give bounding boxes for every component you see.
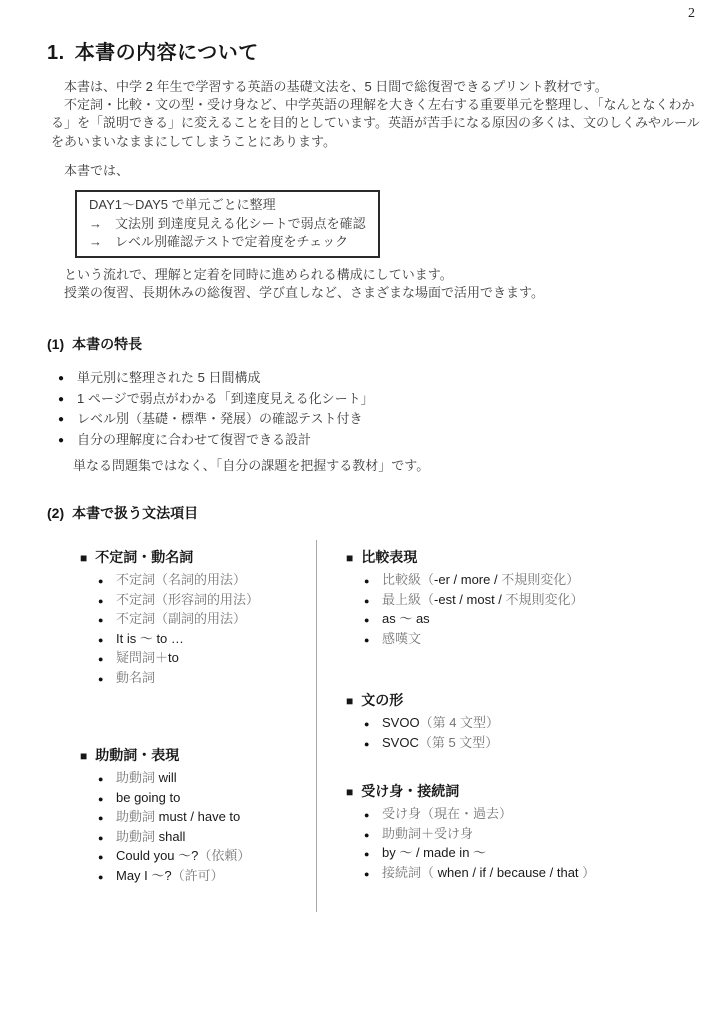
lead-line: 本書では、 — [51, 160, 129, 179]
grammar-item: ●受け身（現在・過去） — [346, 805, 595, 825]
dot-bullet-icon: ● — [364, 714, 382, 734]
grammar-group-title-text: 不定詞・動名詞 — [95, 549, 193, 565]
grammar-item-segment: Could you ～? — [116, 848, 198, 863]
text-line: 不定詞・比較・文の型・受け身など、中学英語の理解を大きく左右する重要単元を整理し… — [51, 96, 700, 114]
feature-item-label: 自分の理解度に合わせて復習できる設計 — [77, 430, 311, 451]
dot-bullet-icon: ● — [98, 591, 116, 611]
grammar-item-label: 受け身（現在・過去） — [382, 805, 512, 825]
grammar-group-title: ■助動詞・表現 — [80, 746, 259, 765]
dot-bullet-icon: ● — [364, 864, 382, 884]
grammar-item-segment: -est / most / — [434, 592, 502, 607]
grammar-item: ●接続詞（ when / if / because / that ） — [346, 864, 595, 884]
dot-bullet-icon: ● — [98, 669, 116, 689]
text-line: という流れで、理解と定着を同時に進められる構成にしています。 — [51, 266, 544, 284]
page-title: 1.本書の内容について — [47, 36, 259, 65]
grammar-item: ●動名詞 — [80, 669, 259, 689]
text-line: る」を「説明できる」に変えることを目的としています。英語が苦手になる原因の多くは… — [51, 114, 700, 132]
grammar-item: ●疑問詞＋to — [80, 649, 259, 669]
grammar-item-segment: SVOC — [382, 735, 419, 750]
grammar-group: ■不定詞・動名詞●不定詞（名詞的用法）●不定詞（形容詞的用法）●不定詞（副詞的用… — [80, 548, 259, 688]
page-number: 2 — [688, 6, 695, 22]
grammar-item-segment: （第 4 文型） — [420, 715, 499, 730]
section1-closing-line: 単なる問題集ではなく、「自分の課題を把握する教材」です。 — [73, 455, 429, 474]
dot-bullet-icon: ● — [58, 368, 77, 389]
square-bullet-icon: ■ — [80, 551, 87, 565]
grammar-group-title: ■比較表現 — [346, 548, 595, 567]
dot-bullet-icon: ● — [58, 430, 77, 451]
dot-bullet-icon: ● — [364, 844, 382, 864]
grammar-item-segment: 最上級（ — [382, 592, 434, 607]
column-divider-line — [316, 540, 317, 912]
features-list: ●単元別に整理された 5 日間構成●1 ページで弱点がわかる「到達度見える化シー… — [58, 368, 374, 450]
feature-item: ●自分の理解度に合わせて復習できる設計 — [58, 430, 374, 451]
document-page: 2 1.本書の内容について 本書は、中学 2 年生で学習する英語の基礎文法を、5… — [0, 0, 724, 1024]
grammar-item-segment: 不規則変化） — [498, 572, 580, 587]
intro-paragraph: 本書は、中学 2 年生で学習する英語の基礎文法を、5 日間で総復習できるプリント… — [51, 78, 700, 151]
grammar-item-segment: 助動詞 — [116, 829, 159, 844]
grammar-item-segment: 助動詞＋受け身 — [382, 826, 473, 841]
dot-bullet-icon: ● — [364, 825, 382, 845]
grammar-item-label: as ～ as — [382, 610, 430, 630]
grammar-item-segment: SVOO — [382, 715, 420, 730]
grammar-item: ●比較級（-er / more / 不規則変化） — [346, 571, 595, 591]
grammar-item: ●by ～ / made in ～ — [346, 844, 595, 864]
dot-bullet-icon: ● — [98, 610, 116, 630]
grammar-group-title-text: 受け身・接続詞 — [361, 783, 459, 799]
grammar-item: ●SVOO（第 4 文型） — [346, 714, 595, 734]
grammar-item-segment: -er / more / — [434, 572, 498, 587]
grammar-item-label: 疑問詞＋to — [116, 649, 179, 669]
section1-heading: (1)本書の特長 — [47, 334, 142, 354]
grammar-item: ●be going to — [80, 789, 259, 809]
dot-bullet-icon: ● — [58, 389, 77, 410]
grammar-item: ●不定詞（副詞的用法） — [80, 610, 259, 630]
grammar-group: ■比較表現●比較級（-er / more / 不規則変化）●最上級（-est /… — [346, 548, 595, 649]
grammar-item-segment: （許可） — [172, 868, 224, 883]
dot-bullet-icon: ● — [98, 789, 116, 809]
grammar-item-segment: 不定詞（名詞的用法） — [116, 572, 246, 587]
feature-item: ●1 ページで弱点がわかる「到達度見える化シート」 — [58, 389, 374, 410]
text-line: → 文法別 到達度見える化シートで弱点を確認 — [89, 215, 366, 234]
grammar-item-segment: 不定詞（副詞的用法） — [116, 611, 246, 626]
square-bullet-icon: ■ — [80, 749, 87, 763]
grammar-item: ●不定詞（形容詞的用法） — [80, 591, 259, 611]
dot-bullet-icon: ● — [98, 769, 116, 789]
grammar-item-segment: by ～ / made in ～ — [382, 845, 486, 860]
grammar-item-label: 感嘆文 — [382, 630, 421, 650]
grammar-item-label: 不定詞（副詞的用法） — [116, 610, 246, 630]
flow-summary-box: DAY1～DAY5 で単元ごとに整理→ 文法別 到達度見える化シートで弱点を確認… — [75, 190, 380, 258]
grammar-group: ■文の形●SVOO（第 4 文型）●SVOC（第 5 文型） — [346, 691, 595, 753]
section1-label: (1) — [47, 336, 64, 352]
grammar-item-segment: ） — [579, 865, 596, 880]
dot-bullet-icon: ● — [58, 409, 77, 430]
grammar-item-label: 助動詞 shall — [116, 828, 185, 848]
grammar-item-segment: It is ～ to … — [116, 631, 184, 646]
feature-item: ●単元別に整理された 5 日間構成 — [58, 368, 374, 389]
grammar-item-segment: to — [168, 650, 179, 665]
grammar-group-title: ■受け身・接続詞 — [346, 782, 595, 801]
chapter-title-text: 本書の内容について — [75, 42, 259, 64]
grammar-column-left: ■不定詞・動名詞●不定詞（名詞的用法）●不定詞（形容詞的用法）●不定詞（副詞的用… — [80, 548, 259, 886]
dot-bullet-icon: ● — [364, 610, 382, 630]
dot-bullet-icon: ● — [364, 591, 382, 611]
grammar-item-segment: 助動詞 — [116, 770, 159, 785]
dot-bullet-icon: ● — [364, 805, 382, 825]
text-line: → レベル別確認テストで定着度をチェック — [89, 233, 366, 252]
grammar-item-label: be going to — [116, 789, 180, 809]
grammar-group-title-text: 比較表現 — [361, 549, 417, 565]
feature-item: ●レベル別（基礎・標準・発展）の確認テスト付き — [58, 409, 374, 430]
grammar-column-right: ■比較表現●比較級（-er / more / 不規則変化）●最上級（-est /… — [346, 548, 595, 883]
grammar-item-segment: （第 5 文型） — [419, 735, 498, 750]
grammar-item: ●as ～ as — [346, 610, 595, 630]
grammar-item-label: 不定詞（形容詞的用法） — [116, 591, 259, 611]
dot-bullet-icon: ● — [98, 828, 116, 848]
grammar-item-segment: shall — [159, 829, 186, 844]
grammar-item: ●Could you ～?（依頼） — [80, 847, 259, 867]
grammar-item-label: SVOC（第 5 文型） — [382, 734, 498, 754]
dot-bullet-icon: ● — [364, 630, 382, 650]
dot-bullet-icon: ● — [98, 571, 116, 591]
grammar-item-segment: May I ～? — [116, 868, 172, 883]
section1-title-text: 本書の特長 — [72, 336, 142, 352]
dot-bullet-icon: ● — [98, 630, 116, 650]
grammar-item: ●不定詞（名詞的用法） — [80, 571, 259, 591]
grammar-item-segment: 接続詞（ — [382, 865, 438, 880]
grammar-group-title-text: 助動詞・表現 — [95, 747, 179, 763]
grammar-item-segment: will — [159, 770, 177, 785]
grammar-item-label: 助動詞 must / have to — [116, 808, 240, 828]
dot-bullet-icon: ● — [98, 847, 116, 867]
grammar-item-segment: 感嘆文 — [382, 631, 421, 646]
feature-item-label: レベル別（基礎・標準・発展）の確認テスト付き — [77, 409, 362, 430]
grammar-item: ●助動詞 shall — [80, 828, 259, 848]
chapter-number: 1. — [47, 42, 65, 64]
grammar-item-segment: be going to — [116, 790, 180, 805]
grammar-item-label: SVOO（第 4 文型） — [382, 714, 499, 734]
grammar-item-label: 動名詞 — [116, 669, 155, 689]
text-line: 本書は、中学 2 年生で学習する英語の基礎文法を、5 日間で総復習できるプリント… — [51, 78, 700, 96]
grammar-item-label: 最上級（-est / most / 不規則変化） — [382, 591, 584, 611]
square-bullet-icon: ■ — [346, 785, 353, 799]
grammar-item-label: May I ～?（許可） — [116, 867, 224, 887]
grammar-group-title: ■文の形 — [346, 691, 595, 710]
dot-bullet-icon: ● — [98, 649, 116, 669]
grammar-item: ●SVOC（第 5 文型） — [346, 734, 595, 754]
after-box-paragraph: という流れで、理解と定着を同時に進められる構成にしています。 授業の復習、長期休… — [51, 266, 544, 303]
grammar-item-segment: （依頼） — [198, 848, 250, 863]
grammar-item: ●It is ～ to … — [80, 630, 259, 650]
text-line: 授業の復習、長期休みの総復習、学び直しなど、さまざまな場面で活用できます。 — [51, 284, 544, 302]
grammar-item-segment: 比較級（ — [382, 572, 434, 587]
section2-heading: (2)本書で扱う文法項目 — [47, 503, 198, 523]
grammar-item-label: It is ～ to … — [116, 630, 184, 650]
grammar-item-label: Could you ～?（依頼） — [116, 847, 250, 867]
grammar-item-segment: 受け身（現在・過去） — [382, 806, 512, 821]
grammar-item: ●助動詞＋受け身 — [346, 825, 595, 845]
grammar-item-label: 助動詞 will — [116, 769, 177, 789]
grammar-item-segment: must / have to — [159, 809, 241, 824]
grammar-item: ●最上級（-est / most / 不規則変化） — [346, 591, 595, 611]
section2-title-text: 本書で扱う文法項目 — [72, 505, 198, 521]
grammar-item-label: 助動詞＋受け身 — [382, 825, 473, 845]
grammar-item: ●助動詞 will — [80, 769, 259, 789]
grammar-group: ■受け身・接続詞●受け身（現在・過去）●助動詞＋受け身●by ～ / made … — [346, 782, 595, 883]
grammar-item-label: 接続詞（ when / if / because / that ） — [382, 864, 595, 884]
grammar-item: ●May I ～?（許可） — [80, 867, 259, 887]
dot-bullet-icon: ● — [364, 734, 382, 754]
dot-bullet-icon: ● — [364, 571, 382, 591]
square-bullet-icon: ■ — [346, 694, 353, 708]
grammar-item-segment: 不規則変化） — [502, 592, 584, 607]
square-bullet-icon: ■ — [346, 551, 353, 565]
grammar-item-label: 不定詞（名詞的用法） — [116, 571, 246, 591]
grammar-item-segment: 疑問詞＋ — [116, 650, 168, 665]
grammar-item-segment: when / if / because / that — [438, 865, 579, 880]
grammar-columns: ■不定詞・動名詞●不定詞（名詞的用法）●不定詞（形容詞的用法）●不定詞（副詞的用… — [0, 548, 724, 914]
feature-item-label: 単元別に整理された 5 日間構成 — [77, 368, 260, 389]
dot-bullet-icon: ● — [98, 867, 116, 887]
text-line: をあいまいなままにしてしまうことにあります。 — [51, 133, 700, 151]
grammar-item-segment: 助動詞 — [116, 809, 159, 824]
feature-item-label: 1 ページで弱点がわかる「到達度見える化シート」 — [77, 389, 374, 410]
grammar-group-title: ■不定詞・動名詞 — [80, 548, 259, 567]
grammar-group-title-text: 文の形 — [361, 692, 403, 708]
text-line: DAY1～DAY5 で単元ごとに整理 — [89, 196, 366, 215]
grammar-item-segment: 不定詞（形容詞的用法） — [116, 592, 259, 607]
section2-label: (2) — [47, 505, 64, 521]
grammar-item-segment: as ～ as — [382, 611, 430, 626]
grammar-item: ●助動詞 must / have to — [80, 808, 259, 828]
grammar-item: ●感嘆文 — [346, 630, 595, 650]
grammar-item-label: by ～ / made in ～ — [382, 844, 486, 864]
grammar-group: ■助動詞・表現●助動詞 will●be going to●助動詞 must / … — [80, 746, 259, 886]
grammar-item-label: 比較級（-er / more / 不規則変化） — [382, 571, 579, 591]
grammar-item-segment: 動名詞 — [116, 670, 155, 685]
dot-bullet-icon: ● — [98, 808, 116, 828]
